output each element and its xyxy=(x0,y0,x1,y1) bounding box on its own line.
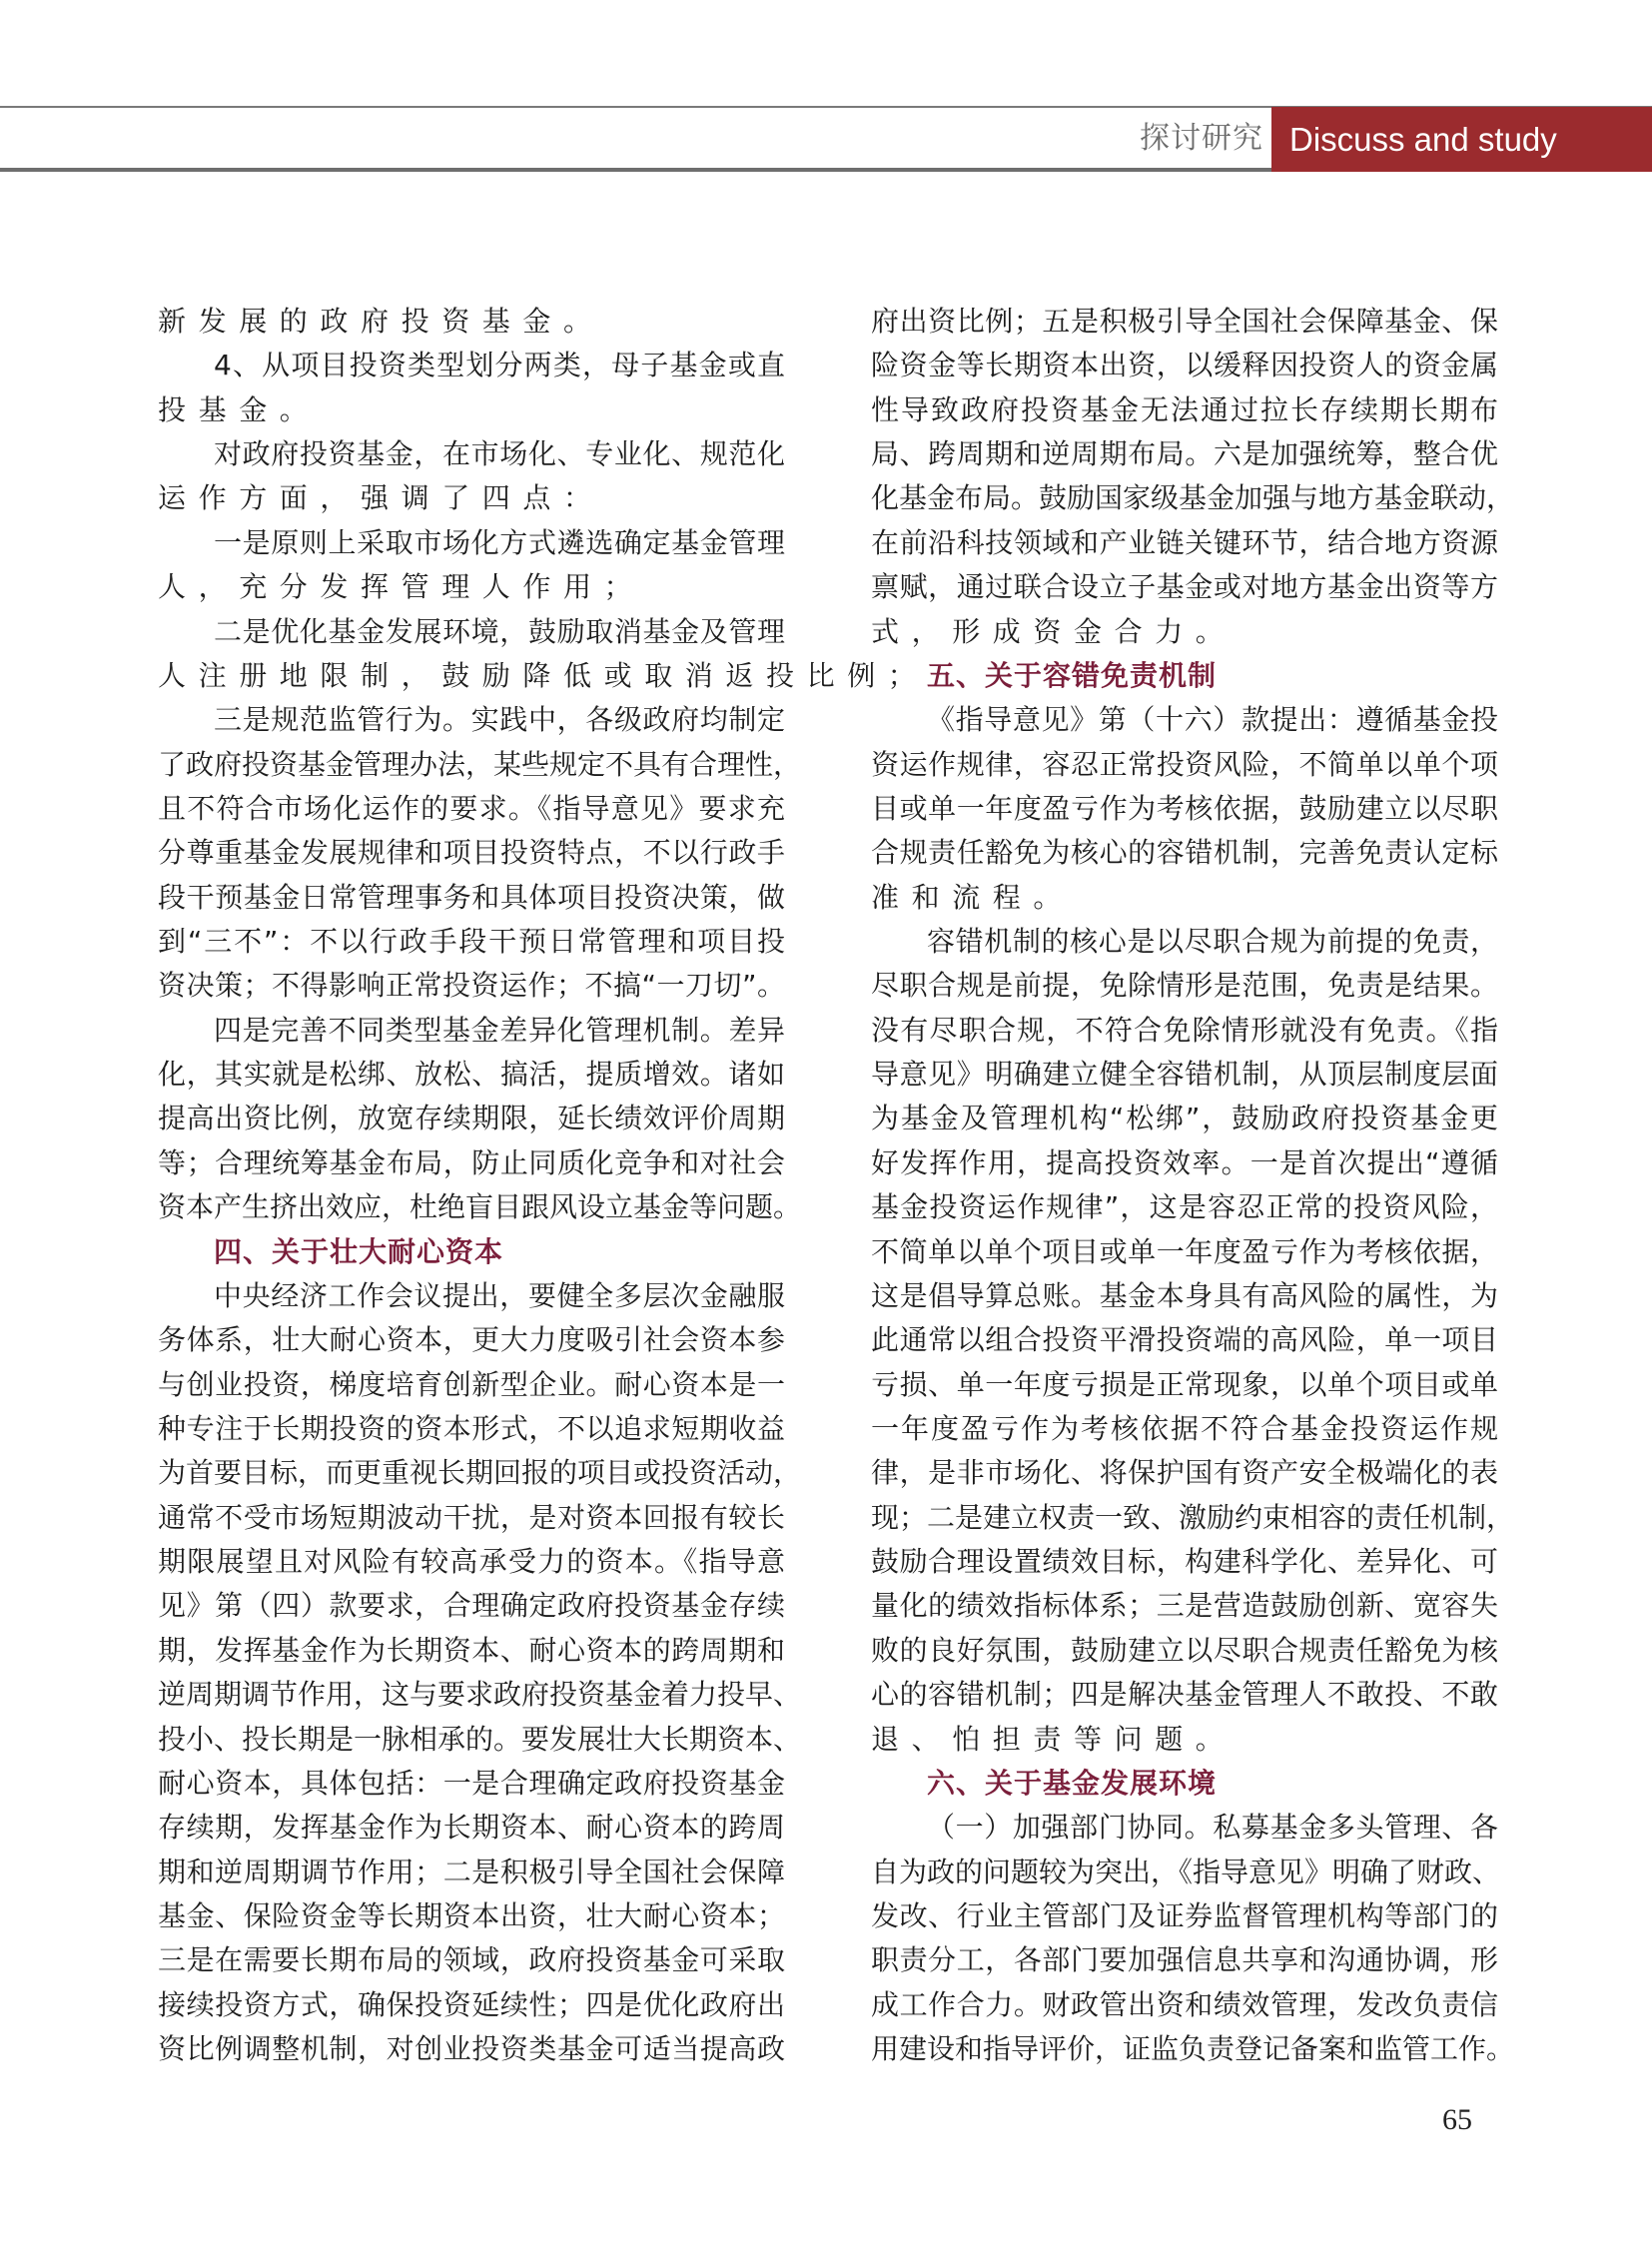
text-line: 二是优化基金发展环境，鼓励取消基金及管理 xyxy=(158,610,785,654)
text-line: 资比例调整机制，对创业投资类基金可适当提高政 xyxy=(158,2027,785,2071)
text-line: 禀赋，通过联合设立子基金或对地方基金出资等方 xyxy=(871,565,1498,609)
text-line: 务体系，壮大耐心资本，更大力度吸引社会资本参 xyxy=(158,1318,785,1362)
text-line: 《指导意见》第（十六）款提出：遵循基金投 xyxy=(871,698,1498,742)
text-line: 期限展望且对风险有较高承受力的资本。《指导意 xyxy=(158,1540,785,1584)
text-line: 险资金等长期资本出资，以缓释因投资人的资金属 xyxy=(871,344,1498,387)
text-line: 化，其实就是松绑、放松、搞活，提质增效。诸如 xyxy=(158,1053,785,1097)
text-line: 人注册地限制，鼓励降低或取消返投比例； xyxy=(158,654,785,698)
text-line: 期，发挥基金作为长期资本、耐心资本的跨周期和 xyxy=(158,1629,785,1673)
text-line: 基金投资运作规律”，这是容忍正常的投资风险， xyxy=(871,1185,1498,1229)
text-line: 与创业投资，梯度培育创新型企业。耐心资本是一 xyxy=(158,1363,785,1407)
text-line: 式，形成资金合力。 xyxy=(871,610,1498,654)
section-title-banner: Discuss and study xyxy=(1271,107,1652,172)
text-line: 败的良好氛围，鼓励建立以尽职合规责任豁免为核 xyxy=(871,1629,1498,1673)
section-heading: 四、关于壮大耐心资本 xyxy=(158,1230,785,1274)
text-line: 职责分工，各部门要加强信息共享和沟通协调，形 xyxy=(871,1938,1498,1982)
text-line: 种专注于长期投资的资本形式，不以追求短期收益 xyxy=(158,1407,785,1451)
text-line: 用建设和指导评价，证监负责登记备案和监管工作。 xyxy=(871,2027,1498,2071)
text-line: 投基金。 xyxy=(158,388,785,432)
text-line: 合规责任豁免为核心的容错机制，完善免责认定标 xyxy=(871,831,1498,875)
section-heading: 六、关于基金发展环境 xyxy=(871,1762,1498,1806)
text-line: 等；合理统筹基金布局，防止同质化竞争和对社会 xyxy=(158,1141,785,1185)
text-line: 此通常以组合投资平滑投资端的高风险，单一项目 xyxy=(871,1318,1498,1362)
text-line: 三是在需要长期布局的领域，政府投资基金可采取 xyxy=(158,1938,785,1982)
text-line: 这是倡导算总账。基金本身具有高风险的属性，为 xyxy=(871,1274,1498,1318)
text-line: （一）加强部门协同。私募基金多头管理、各 xyxy=(871,1806,1498,1850)
text-line: 资运作规律，容忍正常投资风险，不简单以单个项 xyxy=(871,743,1498,787)
text-line: 成工作合力。财政管出资和绩效管理，发改负责信 xyxy=(871,1983,1498,2027)
text-line: 没有尽职合规，不符合免除情形就没有免责。《指 xyxy=(871,1009,1498,1053)
text-line: 尽职合规是前提，免除情形是范围，免责是结果。 xyxy=(871,964,1498,1008)
text-line: 退、怕担责等问题。 xyxy=(871,1718,1498,1762)
text-line: 鼓励合理设置绩效目标，构建科学化、差异化、可 xyxy=(871,1540,1498,1584)
text-line: 分尊重基金发展规律和项目投资特点，不以行政手 xyxy=(158,831,785,875)
text-line: 了政府投资基金管理办法，某些规定不具有合理性， xyxy=(158,743,785,787)
text-line: 投小、投长期是一脉相承的。要发展壮大长期资本、 xyxy=(158,1718,785,1762)
text-line: 到“三不”：不以行政手段干预日常管理和项目投 xyxy=(158,920,785,964)
left-column: 新发展的政府投资基金。4、从项目投资类型划分两类，母子基金或直投基金。对政府投资… xyxy=(158,300,785,2071)
text-line: 准和流程。 xyxy=(871,876,1498,920)
text-line: 目或单一年度盈亏作为考核依据，鼓励建立以尽职 xyxy=(871,787,1498,831)
section-title-cn: 探讨研究 xyxy=(1122,108,1271,168)
text-line: 府出资比例；五是积极引导全国社会保障基金、保 xyxy=(871,300,1498,344)
text-line: 人，充分发挥管理人作用； xyxy=(158,565,785,609)
right-column: 府出资比例；五是积极引导全国社会保障基金、保险资金等长期资本出资，以缓释因投资人… xyxy=(871,300,1498,2071)
text-line: 发改、行业主管部门及证券监督管理机构等部门的 xyxy=(871,1894,1498,1938)
text-line: 好发挥作用，提高投资效率。一是首次提出“遵循 xyxy=(871,1141,1498,1185)
text-line: 基金、保险资金等长期资本出资，壮大耐心资本； xyxy=(158,1894,785,1938)
text-line: 逆周期调节作用，这与要求政府投资基金着力投早、 xyxy=(158,1673,785,1717)
text-line: 新发展的政府投资基金。 xyxy=(158,300,785,344)
text-line: 对政府投资基金，在市场化、专业化、规范化 xyxy=(158,432,785,476)
text-line: 在前沿科技领域和产业链关键环节，结合地方资源 xyxy=(871,521,1498,565)
text-line: 现；二是建立权责一致、激励约束相容的责任机制， xyxy=(871,1496,1498,1540)
text-line: 通常不受市场短期波动干扰，是对资本回报有较长 xyxy=(158,1496,785,1540)
text-line: 自为政的问题较为突出，《指导意见》明确了财政、 xyxy=(871,1851,1498,1894)
text-line: 中央经济工作会议提出，要健全多层次金融服 xyxy=(158,1274,785,1318)
text-line: 提高出资比例，放宽存续期限，延长绩效评价周期 xyxy=(158,1097,785,1140)
section-heading: 五、关于容错免责机制 xyxy=(871,654,1498,698)
text-line: 不简单以单个项目或单一年度盈亏作为考核依据， xyxy=(871,1230,1498,1274)
text-line: 一是原则上采取市场化方式遴选确定基金管理 xyxy=(158,521,785,565)
text-line: 见》第（四）款要求，合理确定政府投资基金存续 xyxy=(158,1584,785,1628)
text-line: 为基金及管理机构“松绑”，鼓励政府投资基金更 xyxy=(871,1097,1498,1140)
text-line: 资本产生挤出效应，杜绝盲目跟风设立基金等问题。 xyxy=(158,1185,785,1229)
text-line: 为首要目标，而更重视长期回报的项目或投资活动， xyxy=(158,1451,785,1495)
text-line: 存续期，发挥基金作为长期资本、耐心资本的跨周 xyxy=(158,1806,785,1850)
text-line: 4、从项目投资类型划分两类，母子基金或直 xyxy=(158,344,785,387)
page-number: 65 xyxy=(1442,2103,1472,2137)
text-line: 接续投资方式，确保投资延续性；四是优化政府出 xyxy=(158,1983,785,2027)
text-line: 心的容错机制；四是解决基金管理人不敢投、不敢 xyxy=(871,1673,1498,1717)
text-line: 且不符合市场化运作的要求。《指导意见》要求充 xyxy=(158,787,785,831)
text-line: 化基金布局。鼓励国家级基金加强与地方基金联动， xyxy=(871,476,1498,520)
text-line: 亏损、单一年度亏损是正常现象，以单个项目或单 xyxy=(871,1363,1498,1407)
text-line: 运作方面，强调了四点： xyxy=(158,476,785,520)
text-line: 三是规范监管行为。实践中，各级政府均制定 xyxy=(158,698,785,742)
text-line: 一年度盈亏作为考核依据不符合基金投资运作规 xyxy=(871,1407,1498,1451)
text-line: 律，是非市场化、将保护国有资产安全极端化的表 xyxy=(871,1451,1498,1495)
text-line: 耐心资本，具体包括：一是合理确定政府投资基金 xyxy=(158,1762,785,1806)
text-line: 期和逆周期调节作用；二是积极引导全国社会保障 xyxy=(158,1851,785,1894)
section-title-en: Discuss and study xyxy=(1289,107,1557,173)
text-line: 四是完善不同类型基金差异化管理机制。差异 xyxy=(158,1009,785,1053)
text-line: 局、跨周期和逆周期布局。六是加强统筹，整合优 xyxy=(871,432,1498,476)
header-bottom-rule xyxy=(0,168,1271,172)
text-line: 容错机制的核心是以尽职合规为前提的免责， xyxy=(871,920,1498,964)
text-line: 导意见》明确建立健全容错机制，从顶层制度层面 xyxy=(871,1053,1498,1097)
text-line: 资决策；不得影响正常投资运作；不搞“一刀切”。 xyxy=(158,964,785,1008)
text-line: 量化的绩效指标体系；三是营造鼓励创新、宽容失 xyxy=(871,1584,1498,1628)
text-line: 段干预基金日常管理事务和具体项目投资决策，做 xyxy=(158,876,785,920)
text-line: 性导致政府投资基金无法通过拉长存续期长期布 xyxy=(871,388,1498,432)
